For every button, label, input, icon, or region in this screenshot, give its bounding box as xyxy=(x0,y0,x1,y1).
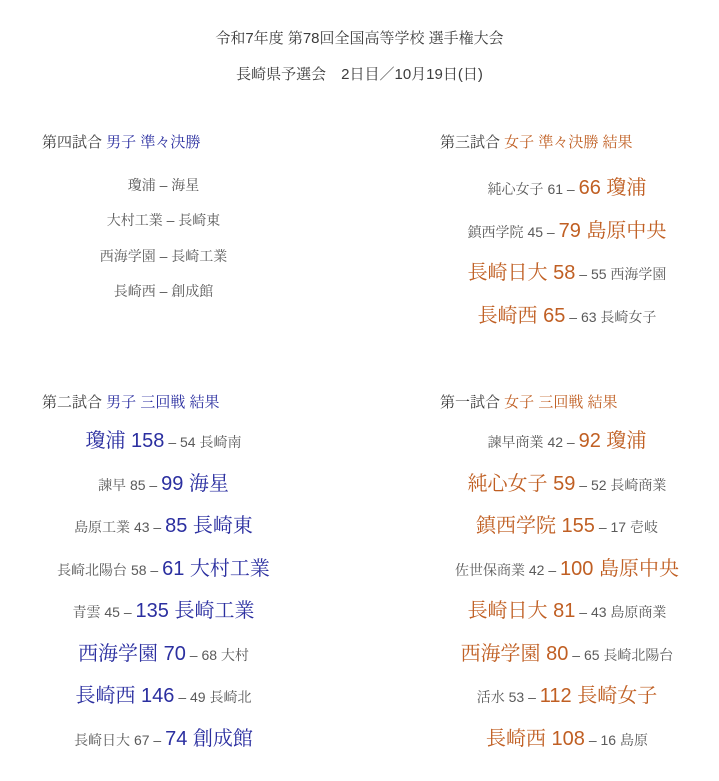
match-row: 西海学園 – 長崎工業 xyxy=(6,239,321,274)
match-row: 長崎西 65 – 63 長崎女子 xyxy=(421,296,713,339)
match-loser: 55 西海学園 xyxy=(591,266,666,282)
match-winner: 99 海星 xyxy=(161,473,229,495)
score-separator: – xyxy=(174,689,190,705)
match-loser: 17 壱岐 xyxy=(611,519,658,535)
match-teams: 瓊浦 – 海星 xyxy=(128,177,200,193)
section-header-prefix: 第一試合 xyxy=(440,394,504,411)
match-row: 大村工業 – 長崎東 xyxy=(6,203,321,238)
match-row: 長崎日大 58 – 55 西海学園 xyxy=(421,253,713,296)
match-teams: 西海学園 – 長崎工業 xyxy=(100,248,228,264)
match-winner: 112 長崎女子 xyxy=(540,685,657,707)
match-loser: 長崎北陽台 58 xyxy=(57,562,146,578)
section-header: 第三試合 女子 準々決勝 結果 xyxy=(440,134,713,152)
match-winner: 74 創成館 xyxy=(165,728,253,750)
score-separator: – xyxy=(543,224,559,240)
score-separator: – xyxy=(575,604,591,620)
match-loser: 佐世保商業 42 xyxy=(455,562,544,578)
score-separator: – xyxy=(568,647,584,663)
match-loser: 54 長崎南 xyxy=(180,434,241,450)
match-loser: 青雲 45 xyxy=(73,604,120,620)
match-loser: 鎮西学院 45 xyxy=(468,224,543,240)
score-separator: – xyxy=(150,519,166,535)
page-title: 令和7年度 第78回全国高等学校 選手権大会 xyxy=(0,30,719,48)
section-header: 第二試合 男子 三回戦 結果 xyxy=(42,394,321,412)
match-loser: 長崎日大 67 xyxy=(74,732,149,748)
match-row: 諫早商業 42 – 92 瓊浦 xyxy=(421,421,713,464)
match-row: 鎮西学院 45 – 79 島原中央 xyxy=(421,211,713,254)
match-winner: 純心女子 59 xyxy=(468,473,576,495)
section-header-label: 男子 準々決勝 xyxy=(106,134,200,151)
match-loser: 純心女子 61 xyxy=(488,181,563,197)
match-row: 長崎西 146 – 49 長崎北 xyxy=(6,676,321,719)
match-loser: 49 長崎北 xyxy=(190,689,251,705)
match-row: 活水 53 – 112 長崎女子 xyxy=(421,676,713,719)
score-separator: – xyxy=(575,266,591,282)
section-header: 第一試合 女子 三回戦 結果 xyxy=(440,394,713,412)
score-separator: – xyxy=(146,477,162,493)
score-separator: – xyxy=(575,477,591,493)
match-winner: 66 瓊浦 xyxy=(579,177,647,199)
match-winner: 92 瓊浦 xyxy=(579,430,647,452)
section-men-round3-results: 第二試合 男子 三回戦 結果瓊浦 158 – 54 長崎南諫早 85 – 99 … xyxy=(6,394,321,761)
match-winner: 鎮西学院 155 xyxy=(476,515,595,537)
match-row: 長崎日大 81 – 43 島原商業 xyxy=(421,591,713,634)
match-winner: 135 長崎工業 xyxy=(136,600,255,622)
section-header-prefix: 第四試合 xyxy=(42,134,106,151)
match-loser: 68 大村 xyxy=(201,647,248,663)
score-separator: – xyxy=(164,434,180,450)
match-row: 長崎日大 67 – 74 創成館 xyxy=(6,719,321,762)
score-separator: – xyxy=(120,604,136,620)
page-header: 令和7年度 第78回全国高等学校 選手権大会 長崎県予選会 2日目／10月19日… xyxy=(0,0,719,84)
match-winner: 西海学園 80 xyxy=(461,643,569,665)
match-loser: 65 長崎北陽台 xyxy=(584,647,673,663)
score-separator: – xyxy=(563,434,579,450)
match-row: 純心女子 61 – 66 瓊浦 xyxy=(421,168,713,211)
match-winner: 61 大村工業 xyxy=(162,558,270,580)
match-row: 純心女子 59 – 52 長崎商業 xyxy=(421,464,713,507)
match-row: 西海学園 70 – 68 大村 xyxy=(6,634,321,677)
match-row: 青雲 45 – 135 長崎工業 xyxy=(6,591,321,634)
match-winner: 79 島原中央 xyxy=(559,220,667,242)
match-loser: 63 長崎女子 xyxy=(581,309,656,325)
match-row: 諫早 85 – 99 海星 xyxy=(6,464,321,507)
match-row: 長崎北陽台 58 – 61 大村工業 xyxy=(6,549,321,592)
match-teams: 大村工業 – 長崎東 xyxy=(107,212,221,228)
match-winner: 瓊浦 158 xyxy=(86,430,165,452)
score-separator: – xyxy=(565,309,581,325)
match-row: 瓊浦 – 海星 xyxy=(6,168,321,203)
score-separator: – xyxy=(563,181,579,197)
match-winner: 西海学園 70 xyxy=(78,643,186,665)
score-separator: – xyxy=(147,562,163,578)
tournament-results-page: 令和7年度 第78回全国高等学校 選手権大会 長崎県予選会 2日目／10月19日… xyxy=(0,0,719,781)
score-separator: – xyxy=(524,689,540,705)
score-separator: – xyxy=(585,732,601,748)
page-subtitle: 長崎県予選会 2日目／10月19日(日) xyxy=(0,66,719,84)
match-row: 島原工業 43 – 85 長崎東 xyxy=(6,506,321,549)
match-loser: 諫早商業 42 xyxy=(488,434,563,450)
score-separator: – xyxy=(186,647,202,663)
match-winner: 長崎日大 58 xyxy=(468,262,576,284)
match-winner: 長崎西 146 xyxy=(76,685,175,707)
score-separator: – xyxy=(150,732,166,748)
match-loser: 16 島原 xyxy=(601,732,648,748)
match-loser: 52 長崎商業 xyxy=(591,477,666,493)
match-winner: 100 島原中央 xyxy=(560,558,679,580)
match-teams: 長崎西 – 創成館 xyxy=(114,283,214,299)
section-header-label: 男子 三回戦 結果 xyxy=(106,394,219,411)
section-men-quarterfinals: 第四試合 男子 準々決勝瓊浦 – 海星大村工業 – 長崎東西海学園 – 長崎工業… xyxy=(6,134,321,394)
match-winner: 長崎日大 81 xyxy=(468,600,576,622)
section-women-round3-results: 第一試合 女子 三回戦 結果諫早商業 42 – 92 瓊浦純心女子 59 – 5… xyxy=(421,394,713,761)
section-header-label: 女子 三回戦 結果 xyxy=(504,394,617,411)
match-row: 瓊浦 158 – 54 長崎南 xyxy=(6,421,321,464)
match-winner: 85 長崎東 xyxy=(165,515,253,537)
section-women-quarterfinal-results: 第三試合 女子 準々決勝 結果純心女子 61 – 66 瓊浦鎮西学院 45 – … xyxy=(421,134,713,394)
match-row: 西海学園 80 – 65 長崎北陽台 xyxy=(421,634,713,677)
section-header-prefix: 第三試合 xyxy=(440,134,504,151)
match-row: 鎮西学院 155 – 17 壱岐 xyxy=(421,506,713,549)
results-grid: 第四試合 男子 準々決勝瓊浦 – 海星大村工業 – 長崎東西海学園 – 長崎工業… xyxy=(0,134,719,761)
score-separator: – xyxy=(595,519,611,535)
match-loser: 島原工業 43 xyxy=(74,519,149,535)
match-loser: 43 島原商業 xyxy=(591,604,666,620)
match-row: 長崎西 108 – 16 島原 xyxy=(421,719,713,762)
match-loser: 活水 53 xyxy=(477,689,524,705)
section-header-label: 女子 準々決勝 結果 xyxy=(504,134,632,151)
match-winner: 長崎西 108 xyxy=(486,728,585,750)
match-loser: 諫早 85 xyxy=(98,477,145,493)
match-row: 佐世保商業 42 – 100 島原中央 xyxy=(421,549,713,592)
match-winner: 長崎西 65 xyxy=(478,305,566,327)
section-header: 第四試合 男子 準々決勝 xyxy=(42,134,321,152)
score-separator: – xyxy=(544,562,560,578)
section-header-prefix: 第二試合 xyxy=(42,394,106,411)
match-row: 長崎西 – 創成館 xyxy=(6,274,321,309)
